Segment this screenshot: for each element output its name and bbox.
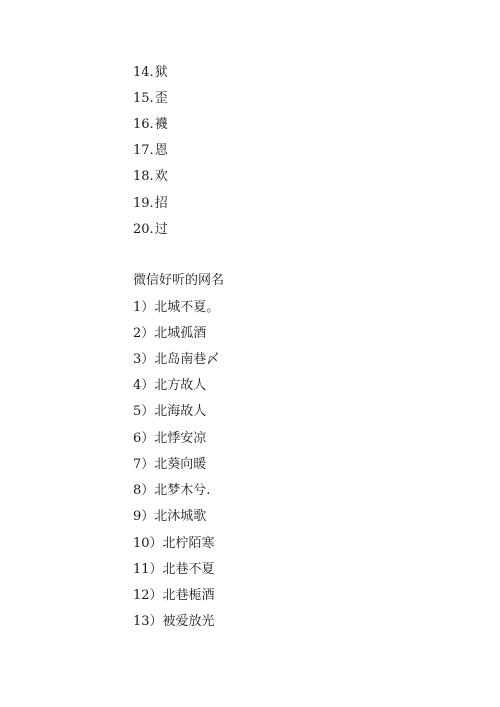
name-item: 6）北悸安凉 bbox=[133, 431, 206, 447]
item-text: 北柠陌寒 bbox=[163, 536, 215, 551]
name-item: 9）北沐城歌 bbox=[133, 509, 206, 525]
item-number: 1） bbox=[133, 300, 154, 316]
item-text: 北城孤酒 bbox=[154, 326, 206, 341]
name-item: 10）北柠陌寒 bbox=[133, 536, 215, 552]
item-number: 14. bbox=[133, 65, 154, 80]
section-title: 微信好听的网名 bbox=[133, 273, 224, 289]
numbered-item: 16.襪 bbox=[133, 117, 168, 133]
item-number: 18. bbox=[133, 169, 154, 184]
item-number: 7） bbox=[133, 457, 154, 473]
name-item: 13）被爱放光 bbox=[133, 614, 215, 630]
item-text: 欢 bbox=[155, 169, 168, 184]
item-text: 北城不夏。 bbox=[154, 300, 219, 315]
name-item: 4）北方故人 bbox=[133, 378, 206, 394]
numbered-item: 18.欢 bbox=[133, 169, 168, 185]
item-number: 19. bbox=[133, 196, 154, 211]
item-number: 3） bbox=[133, 352, 154, 368]
name-item: 11）北巷不夏 bbox=[133, 562, 215, 578]
item-text: 歪 bbox=[155, 91, 168, 106]
numbered-item: 20.过 bbox=[133, 222, 168, 238]
item-text: 被爱放光 bbox=[163, 614, 215, 629]
item-text: 北悸安凉 bbox=[154, 431, 206, 446]
item-number: 12） bbox=[133, 588, 163, 604]
item-number: 2） bbox=[133, 326, 154, 342]
numbered-item: 19.招 bbox=[133, 196, 168, 212]
item-text: 北沐城歌 bbox=[154, 509, 206, 524]
item-text: 狱 bbox=[155, 65, 168, 80]
item-number: 17. bbox=[133, 143, 154, 158]
name-item: 2）北城孤酒 bbox=[133, 326, 206, 342]
name-item: 1）北城不夏。 bbox=[133, 300, 219, 316]
item-number: 5） bbox=[133, 404, 154, 420]
item-number: 13） bbox=[133, 614, 163, 630]
item-number: 10） bbox=[133, 536, 163, 552]
item-text: 恩 bbox=[155, 143, 168, 158]
item-text: 招 bbox=[155, 196, 168, 211]
name-item: 3）北岛南巷〆 bbox=[133, 352, 219, 368]
item-text: 过 bbox=[155, 222, 168, 237]
item-text: 襪 bbox=[155, 117, 168, 132]
item-number: 20. bbox=[133, 222, 154, 237]
item-number: 6） bbox=[133, 431, 154, 447]
numbered-item: 14.狱 bbox=[133, 65, 168, 81]
item-text: 北海故人 bbox=[154, 404, 206, 419]
item-text: 北方故人 bbox=[154, 378, 206, 393]
name-item: 8）北梦木兮. bbox=[133, 483, 210, 499]
document-page: 14.狱 15.歪 16.襪 17.恩 18.欢 19.招 20.过 微信好听的… bbox=[0, 0, 500, 707]
item-number: 15. bbox=[133, 91, 154, 106]
numbered-item: 15.歪 bbox=[133, 91, 168, 107]
item-number: 8） bbox=[133, 483, 154, 499]
name-item: 7）北葵向暖 bbox=[133, 457, 206, 473]
item-number: 9） bbox=[133, 509, 154, 525]
item-number: 16. bbox=[133, 117, 154, 132]
name-item: 12）北巷栀酒 bbox=[133, 588, 215, 604]
numbered-item: 17.恩 bbox=[133, 143, 168, 159]
item-text: 北巷栀酒 bbox=[163, 588, 215, 603]
item-text: 北葵向暖 bbox=[154, 457, 206, 472]
item-number: 11） bbox=[133, 562, 163, 578]
item-number: 4） bbox=[133, 378, 154, 394]
item-text: 北岛南巷〆 bbox=[154, 352, 219, 367]
item-text: 北巷不夏 bbox=[163, 562, 215, 577]
name-item: 5）北海故人 bbox=[133, 404, 206, 420]
item-text: 北梦木兮. bbox=[154, 483, 210, 498]
